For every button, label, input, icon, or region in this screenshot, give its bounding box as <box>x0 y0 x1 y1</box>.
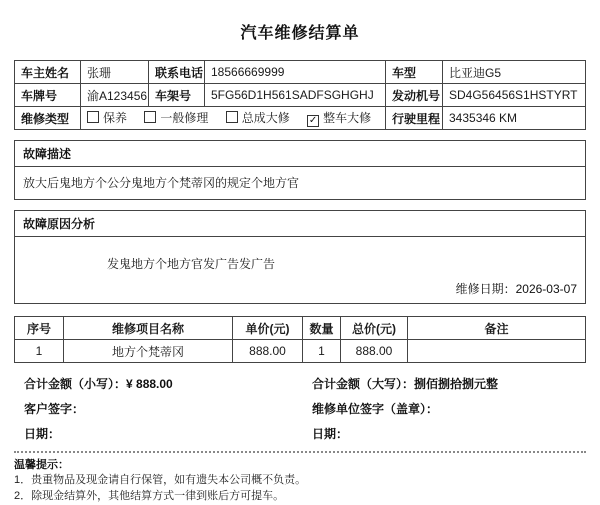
signature-row: 客户签字： 维修单位签字（盖章）： <box>24 397 586 422</box>
tip-item-2: 2．除现金结算外，其他结算方式一律到账后方可提车。 <box>14 489 586 505</box>
table-row: 1 地方个梵蒂冈 888.00 1 888.00 <box>15 340 586 363</box>
amount-big-label: 合计金额（大写）： <box>312 377 414 391</box>
checkbox-icon[interactable] <box>226 111 238 123</box>
amount-small-label: 合计金额（小写）： <box>24 377 126 391</box>
amount-big-value: 捌佰捌拾捌元整 <box>414 377 498 391</box>
settlement-document: 汽车维修结算单 车主姓名 张珊 联系电话 18566669999 车型 比亚迪G… <box>0 20 600 504</box>
vin-label: 车架号 <box>149 84 205 107</box>
totals-section: 合计金额（小写）：¥ 888.00 合计金额（大写）：捌佰捌拾捌元整 客户签字：… <box>14 372 586 447</box>
item-name: 地方个梵蒂冈 <box>64 340 233 363</box>
item-remark <box>408 340 586 363</box>
item-unit-price: 888.00 <box>233 340 303 363</box>
info-row-2: 车牌号 渝A123456 车架号 5FG56D1H561SADFSGHGHJ 发… <box>15 84 586 107</box>
vehicle-info-table: 车主姓名 张珊 联系电话 18566669999 车型 比亚迪G5 车牌号 渝A… <box>14 60 586 130</box>
tip-item-1: 1．贵重物品及现金请自行保管，如有遗失本公司概不负责。 <box>14 473 586 489</box>
mileage-value: 3435346 KM <box>443 107 586 130</box>
checkbox-label: 保养 <box>103 111 127 125</box>
repair-date-label: 维修日期： <box>456 282 516 296</box>
checkbox-general-repair[interactable]: 一般修理 <box>144 109 208 126</box>
info-row-1: 车主姓名 张珊 联系电话 18566669999 车型 比亚迪G5 <box>15 61 586 84</box>
date-left-label: 日期： <box>24 422 312 447</box>
page-title: 汽车维修结算单 <box>14 20 586 43</box>
owner-name-value: 张珊 <box>81 61 149 84</box>
owner-name-label: 车主姓名 <box>15 61 81 84</box>
fault-description-header: 故障描述 <box>15 141 585 167</box>
col-header-quantity: 数量 <box>303 317 341 340</box>
col-header-total-price: 总价(元) <box>341 317 408 340</box>
amount-small: 合计金额（小写）：¥ 888.00 <box>24 372 312 397</box>
tips-header: 温馨提示： <box>14 458 586 473</box>
dotted-divider <box>14 451 586 453</box>
checkbox-assembly-overhaul[interactable]: 总成大修 <box>226 109 290 126</box>
fault-analysis-box: 故障原因分析 发鬼地方个地方官发广告发广告 维修日期：2026-03-07 <box>14 210 586 304</box>
item-total-price: 888.00 <box>341 340 408 363</box>
engine-number-value: SD4G56456S1HSTYRT <box>443 84 586 107</box>
customer-sign-label: 客户签字： <box>24 397 312 422</box>
mileage-label: 行驶里程 <box>386 107 443 130</box>
phone-value: 18566669999 <box>205 61 386 84</box>
car-model-value: 比亚迪G5 <box>443 61 586 84</box>
checkbox-label: 一般修理 <box>160 111 208 125</box>
plate-number-value: 渝A123456 <box>81 84 149 107</box>
col-header-item-name: 维修项目名称 <box>64 317 233 340</box>
engine-number-label: 发动机号 <box>386 84 443 107</box>
fault-description-box: 故障描述 放大后鬼地方个公分鬼地方个梵蒂冈的规定个地方官 <box>14 140 586 200</box>
checkbox-icon[interactable] <box>144 111 156 123</box>
repair-date-value: 2026-03-07 <box>516 282 577 296</box>
date-row: 日期： 日期： <box>24 422 586 447</box>
amount-small-value: ¥ 888.00 <box>126 377 173 391</box>
fault-description-content: 放大后鬼地方个公分鬼地方个梵蒂冈的规定个地方官 <box>15 167 585 199</box>
repair-date: 维修日期：2026-03-07 <box>456 280 577 297</box>
checkbox-label: 整车大修 <box>323 111 371 125</box>
checkbox-mark: ✓ <box>309 115 317 126</box>
totals-amount-row: 合计金额（小写）：¥ 888.00 合计金额（大写）：捌佰捌拾捌元整 <box>24 372 586 397</box>
checked-checkbox-icon[interactable]: ✓ <box>307 115 319 127</box>
repair-type-label: 维修类型 <box>15 107 81 130</box>
amount-big: 合计金额（大写）：捌佰捌拾捌元整 <box>312 372 586 397</box>
repair-items-table: 序号 维修项目名称 单价(元) 数量 总价(元) 备注 1 地方个梵蒂冈 888… <box>14 316 586 363</box>
car-model-label: 车型 <box>386 61 443 84</box>
unit-sign-label: 维修单位签字（盖章）： <box>312 397 586 422</box>
plate-number-label: 车牌号 <box>15 84 81 107</box>
checkbox-full-vehicle-overhaul[interactable]: ✓整车大修 <box>307 109 371 127</box>
fault-analysis-content: 发鬼地方个地方官发广告发广告 维修日期：2026-03-07 <box>15 237 585 303</box>
items-header-row: 序号 维修项目名称 单价(元) 数量 总价(元) 备注 <box>15 317 586 340</box>
tips-section: 温馨提示： 1．贵重物品及现金请自行保管，如有遗失本公司概不负责。 2．除现金结… <box>14 458 586 504</box>
fault-analysis-text: 发鬼地方个地方官发广告发广告 <box>107 257 275 271</box>
date-right-label: 日期： <box>312 422 586 447</box>
checkbox-icon[interactable] <box>87 111 99 123</box>
info-row-3: 维修类型 保养 一般修理 总成大修 ✓整车大修 行驶里程 3435346 KM <box>15 107 586 130</box>
item-no: 1 <box>15 340 64 363</box>
vin-value: 5FG56D1H561SADFSGHGHJ <box>205 84 386 107</box>
item-quantity: 1 <box>303 340 341 363</box>
checkbox-maintenance[interactable]: 保养 <box>87 109 127 126</box>
checkbox-label: 总成大修 <box>242 111 290 125</box>
col-header-no: 序号 <box>15 317 64 340</box>
fault-analysis-header: 故障原因分析 <box>15 211 585 237</box>
col-header-unit-price: 单价(元) <box>233 317 303 340</box>
phone-label: 联系电话 <box>149 61 205 84</box>
col-header-remark: 备注 <box>408 317 586 340</box>
repair-type-options: 保养 一般修理 总成大修 ✓整车大修 <box>81 107 386 130</box>
